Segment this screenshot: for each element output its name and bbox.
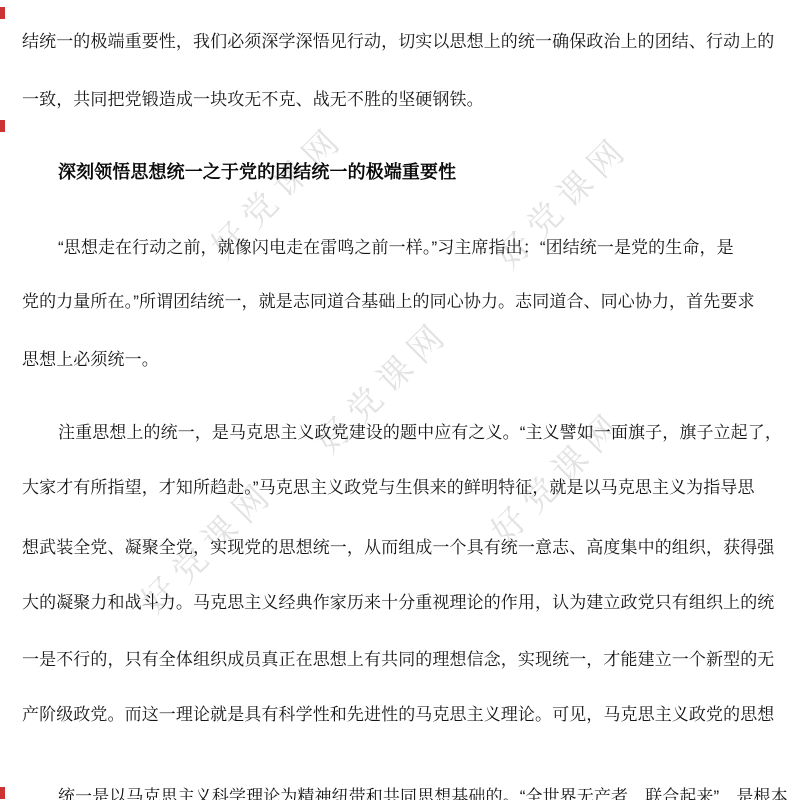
body-line: 产阶级政党。而这一理论就是具有科学性和先进性的马克思主义理论。可见，马克思主义政… <box>22 704 774 725</box>
body-line: 一是不行的，只有全体组织成员真正在思想上有共同的理想信念，实现统一，才能建立一个… <box>22 649 774 670</box>
body-line: 大的凝聚力和战斗力。马克思主义经典作家历来十分重视理论的作用，认为建立政党只有组… <box>22 592 774 613</box>
body-line: 结统一的极端重要性，我们必须深学深悟见行动，切实以思想上的统一确保政治上的团结、… <box>22 31 774 52</box>
body-line: 思想上必须统一。 <box>22 349 159 370</box>
red-edge-mark <box>0 787 5 799</box>
red-edge-mark <box>0 7 5 19</box>
watermark-text: 好党课网 <box>478 396 634 552</box>
body-line: 大家才有所指望，才知所趋赴。”马克思主义政党与生俱来的鲜明特征，就是以马克思主义… <box>22 477 755 498</box>
section-heading: 深刻领悟思想统一之于党的团结统一的极端重要性 <box>58 162 456 183</box>
body-line: 统一是以马克思主义科学理论为精神纽带和共同思想基础的。“全世界无产者，联合起来”… <box>58 786 788 800</box>
document-page: 好党课网 好党课网 好党课网 好党课网 好党课网 结统一的极端重要性，我们必须深… <box>0 0 800 800</box>
red-edge-mark <box>0 120 5 132</box>
body-line: “思想走在行动之前，就像闪电走在雷鸣之前一样。”习主席指出：“团结统一是党的生命… <box>58 237 734 258</box>
body-line: 党的力量所在。”所谓团结统一，就是志同道合基础上的同心协力。志同道合、同心协力，… <box>22 291 755 312</box>
body-line: 注重思想上的统一，是马克思主义政党建设的题中应有之义。“主义譬如一面旗子，旗子立… <box>58 422 782 443</box>
body-line: 一致，共同把党锻造成一块攻无不克、战无不胜的坚硬钢铁。 <box>22 89 484 110</box>
body-line: 想武装全党、凝聚全党，实现党的思想统一，从而组成一个具有统一意志、高度集中的组织… <box>22 537 774 558</box>
